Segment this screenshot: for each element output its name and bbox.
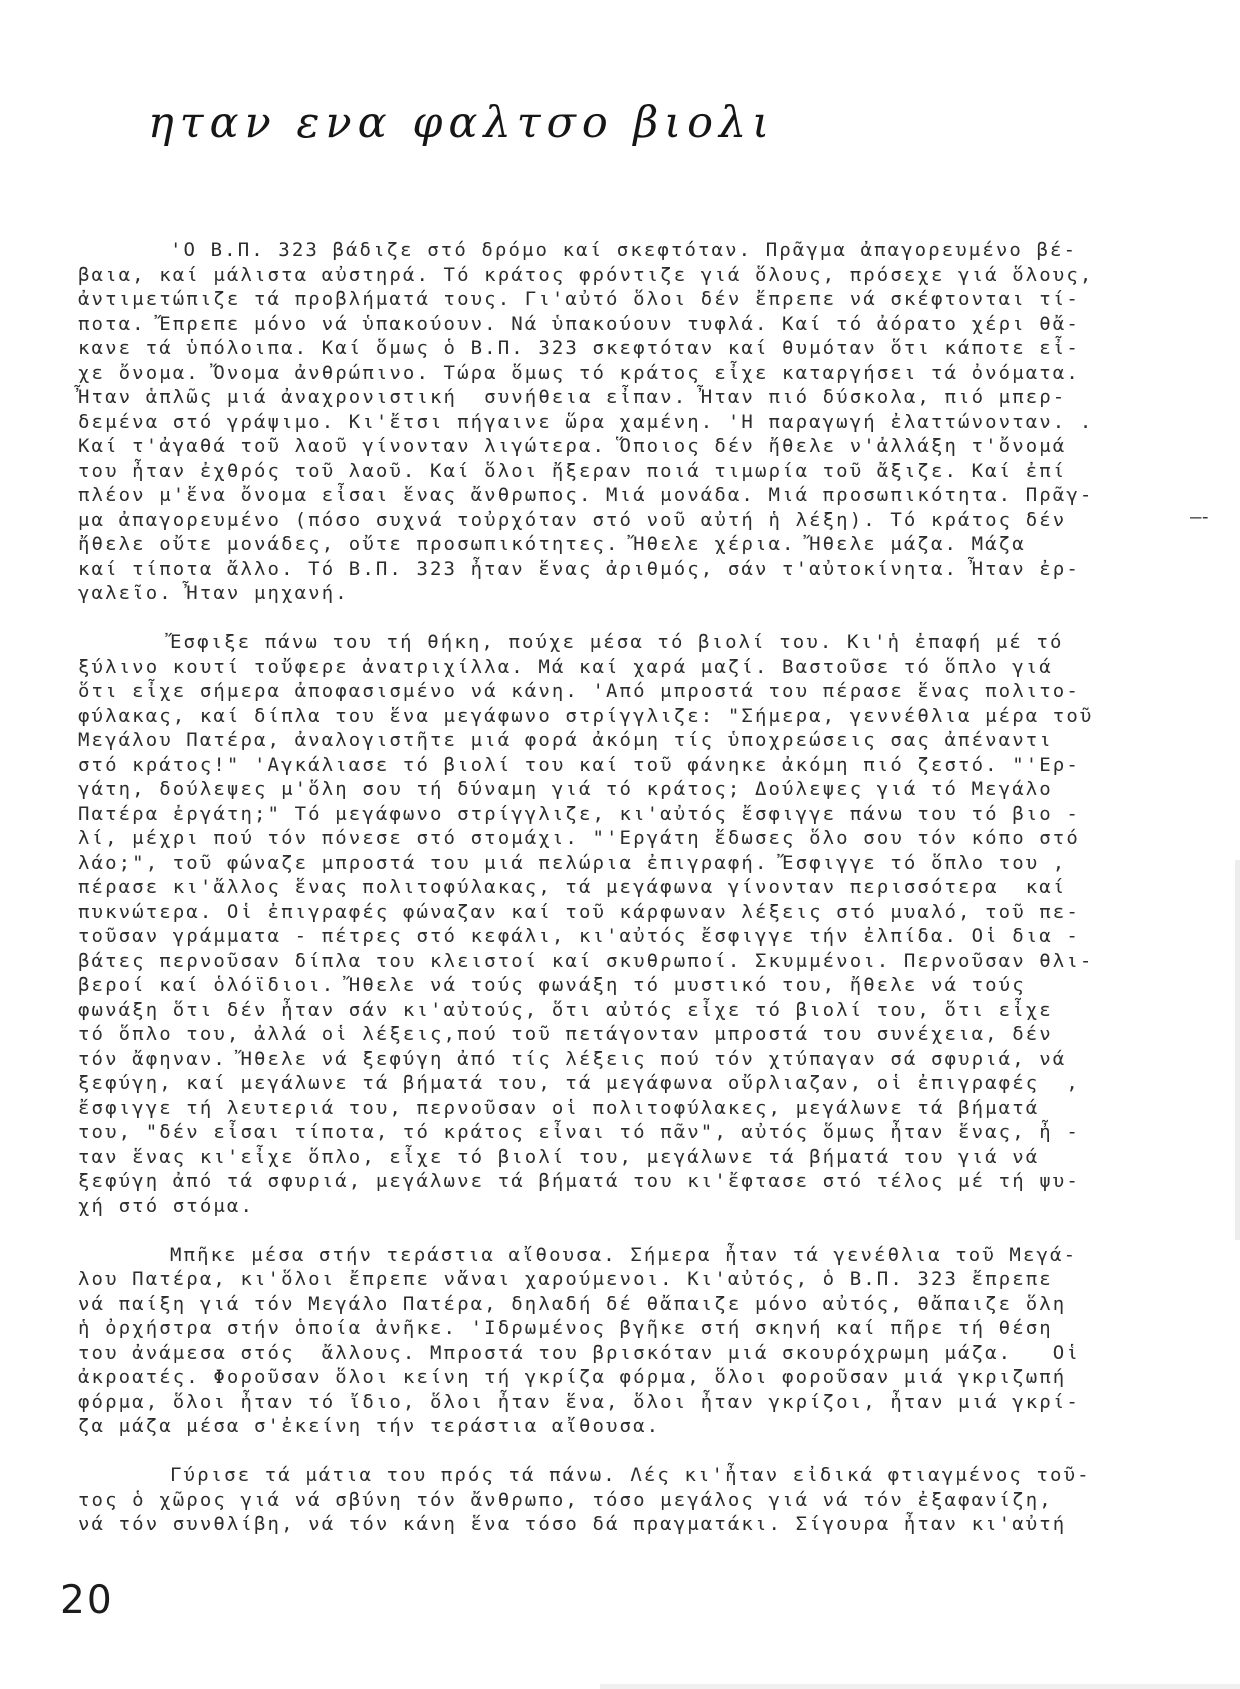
text-line: κανε τά ὑπόλοιπα. Καί ὅμως ὁ Β.Π. 323 σκ… bbox=[78, 336, 1093, 361]
text-line: γαλεῖο. Ἦταν μηχανή. bbox=[78, 581, 1093, 606]
paragraph: Ἔσφιξε πάνω του τή θήκη, πούχε μέσα τό β… bbox=[78, 630, 1093, 1218]
scan-edge-artifact-bottom bbox=[600, 1684, 1240, 1689]
text-line: νά παίξη γιά τόν Μεγάλο Πατέρα, δηλαδή δ… bbox=[78, 1292, 1093, 1317]
text-line: βαια, καί μάλιστα αὐστηρά. Τό κράτος φρό… bbox=[78, 263, 1093, 288]
text-line: ποτα. Ἔπρεπε μόνο νά ὑπακούουν. Νά ὑπακο… bbox=[78, 312, 1093, 337]
scan-edge-artifact-right bbox=[1235, 860, 1240, 1240]
text-line: ἔσφιγγε τή λευτεριά του, περνοῦσαν οἱ πο… bbox=[78, 1096, 1093, 1121]
text-line: Καί τ'ἀγαθά τοῦ λαοῦ γίνονταν λιγώτερα. … bbox=[78, 434, 1093, 459]
text-line: λου Πατέρα, κι'ὅλοι ἔπρεπε νἄναι χαρούμε… bbox=[78, 1267, 1093, 1292]
text-line: πλέον μ'ἕνα ὄνομα εἶσαι ἕνας ἄνθρωπος. Μ… bbox=[78, 483, 1093, 508]
text-line: γάτη, δούλεψες μ'ὅλη σου τή δύναμη γιά τ… bbox=[78, 777, 1093, 802]
text-line: Γύρισε τά μάτια του πρός τά πάνω. Λές κι… bbox=[78, 1463, 1093, 1488]
scanned-document-page: ηταν ενα φαλτσο βιολι 'Ο Β.Π. 323 βάδιζε… bbox=[0, 0, 1240, 1689]
paragraph: Γύρισε τά μάτια του πρός τά πάνω. Λές κι… bbox=[78, 1463, 1093, 1537]
paragraph: 'Ο Β.Π. 323 βάδιζε στό δρόμο καί σκεφτότ… bbox=[78, 238, 1093, 606]
text-line: ἀκροατές. Φοροῦσαν ὅλοι κείνη τή γκρίζα … bbox=[78, 1365, 1093, 1390]
text-line: χε ὄνομα. Ὄνομα ἀνθρώπινο. Τώρα ὅμως τό … bbox=[78, 361, 1093, 386]
text-line: ξύλινο κουτί τοὔφερε ἀνατριχίλλα. Μά καί… bbox=[78, 655, 1093, 680]
margin-dash-mark: —- bbox=[1190, 506, 1209, 528]
text-line: ὅτι εἶχε σήμερα ἀποφασισμένο νά κάνη. 'Α… bbox=[78, 679, 1093, 704]
text-line: τος ὁ χῶρος γιά νά σβύνη τόν ἄνθρωπο, τό… bbox=[78, 1488, 1093, 1513]
text-line: νά τόν συνθλίβη, νά τόν κάνη ἕνα τόσο δά… bbox=[78, 1512, 1093, 1537]
text-line: του ἀνάμεσα στός ἄλλους. Μπροστά του βρι… bbox=[78, 1341, 1093, 1366]
text-line: του, "δέν εἶσαι τίποτα, τό κράτος εἶναι … bbox=[78, 1120, 1093, 1145]
document-body: 'Ο Β.Π. 323 βάδιζε στό δρόμο καί σκεφτότ… bbox=[78, 238, 1093, 1537]
text-line: τό ὅπλο του, ἀλλά οἱ λέξεις,πού τοῦ πετά… bbox=[78, 1022, 1093, 1047]
text-line: Μεγάλου Πατέρα, ἀναλογιστῆτε μιά φορά ἀκ… bbox=[78, 728, 1093, 753]
handwritten-title: ηταν ενα φαλτσο βιολι bbox=[148, 98, 775, 148]
text-line: μα ἀπαγορευμένο (πόσο συχνά τοὐρχόταν στ… bbox=[78, 508, 1093, 533]
text-line: Πατέρα ἐργάτη;" Τό μεγάφωνο στρίγγλιζε, … bbox=[78, 802, 1093, 827]
text-line: λάο;", τοῦ φώναζε μπροστά του μιά πελώρι… bbox=[78, 851, 1093, 876]
text-line: ἤθελε οὔτε μονάδες, οὔτε προσωπικότητες.… bbox=[78, 532, 1093, 557]
text-line: ἀντιμετώπιζε τά προβλήματά τους. Γι'αὐτό… bbox=[78, 287, 1093, 312]
text-line: φύλακας, καί δίπλα του ἕνα μεγάφωνο στρί… bbox=[78, 704, 1093, 729]
text-line: πυκνώτερα. Οἱ ἐπιγραφές φώναζαν καί τοῦ … bbox=[78, 900, 1093, 925]
paragraph: Μπῆκε μέσα στήν τεράστια αἴθουσα. Σήμερα… bbox=[78, 1243, 1093, 1439]
page-number: 20 bbox=[60, 1578, 114, 1623]
text-line: πέρασε κι'ἄλλος ἕνας πολιτοφύλακας, τά μ… bbox=[78, 875, 1093, 900]
text-line: ταν ἕνας κι'εἶχε ὅπλο, εἶχε τό βιολί του… bbox=[78, 1145, 1093, 1170]
text-line: λί, μέχρι πού τόν πόνεσε στό στομάχι. "'… bbox=[78, 826, 1093, 851]
text-line: ζα μάζα μέσα σ'ἐκείνη τήν τεράστια αἴθου… bbox=[78, 1414, 1093, 1439]
text-line: βεροί καί ὁλόϊδιοι. Ἤθελε νά τούς φωνάξη… bbox=[78, 973, 1093, 998]
text-line: τοῦσαν γράμματα - πέτρες στό κεφάλι, κι'… bbox=[78, 924, 1093, 949]
text-line: βάτες περνοῦσαν δίπλα του κλειστοί καί σ… bbox=[78, 949, 1093, 974]
text-line: φόρμα, ὅλοι ἦταν τό ἴδιο, ὅλοι ἦταν ἕνα,… bbox=[78, 1390, 1093, 1415]
text-line: Ἔσφιξε πάνω του τή θήκη, πούχε μέσα τό β… bbox=[78, 630, 1093, 655]
text-line: δεμένα στό γράψιμο. Κι'ἔτσι πήγαινε ὥρα … bbox=[78, 410, 1093, 435]
text-line: Ἦταν ἁπλῶς μιά ἀναχρονιστική συνήθεια εἶ… bbox=[78, 385, 1093, 410]
text-line: 'Ο Β.Π. 323 βάδιζε στό δρόμο καί σκεφτότ… bbox=[78, 238, 1093, 263]
text-line: στό κράτος!" 'Αγκάλιασε τό βιολί του καί… bbox=[78, 753, 1093, 778]
text-line: Μπῆκε μέσα στήν τεράστια αἴθουσα. Σήμερα… bbox=[78, 1243, 1093, 1268]
text-line: τόν ἄφηναν. Ἤθελε νά ξεφύγη ἀπό τίς λέξε… bbox=[78, 1047, 1093, 1072]
text-line: καί τίποτα ἄλλο. Τό Β.Π. 323 ἦταν ἕνας ἀ… bbox=[78, 557, 1093, 582]
text-line: ξεφύγη, καί μεγάλωνε τά βήματά του, τά μ… bbox=[78, 1071, 1093, 1096]
text-line: χή στό στόμα. bbox=[78, 1194, 1093, 1219]
text-line: φωνάξη ὅτι δέν ἦταν σάν κι'αὐτούς, ὅτι α… bbox=[78, 998, 1093, 1023]
text-line: ἡ ὀρχήστρα στήν ὁποία ἀνῆκε. 'Ιδρωμένος … bbox=[78, 1316, 1093, 1341]
text-line: του ἦταν ἐχθρός τοῦ λαοῦ. Καί ὅλοι ἤξερα… bbox=[78, 459, 1093, 484]
text-line: ξεφύγη ἀπό τά σφυριά, μεγάλωνε τά βήματά… bbox=[78, 1169, 1093, 1194]
